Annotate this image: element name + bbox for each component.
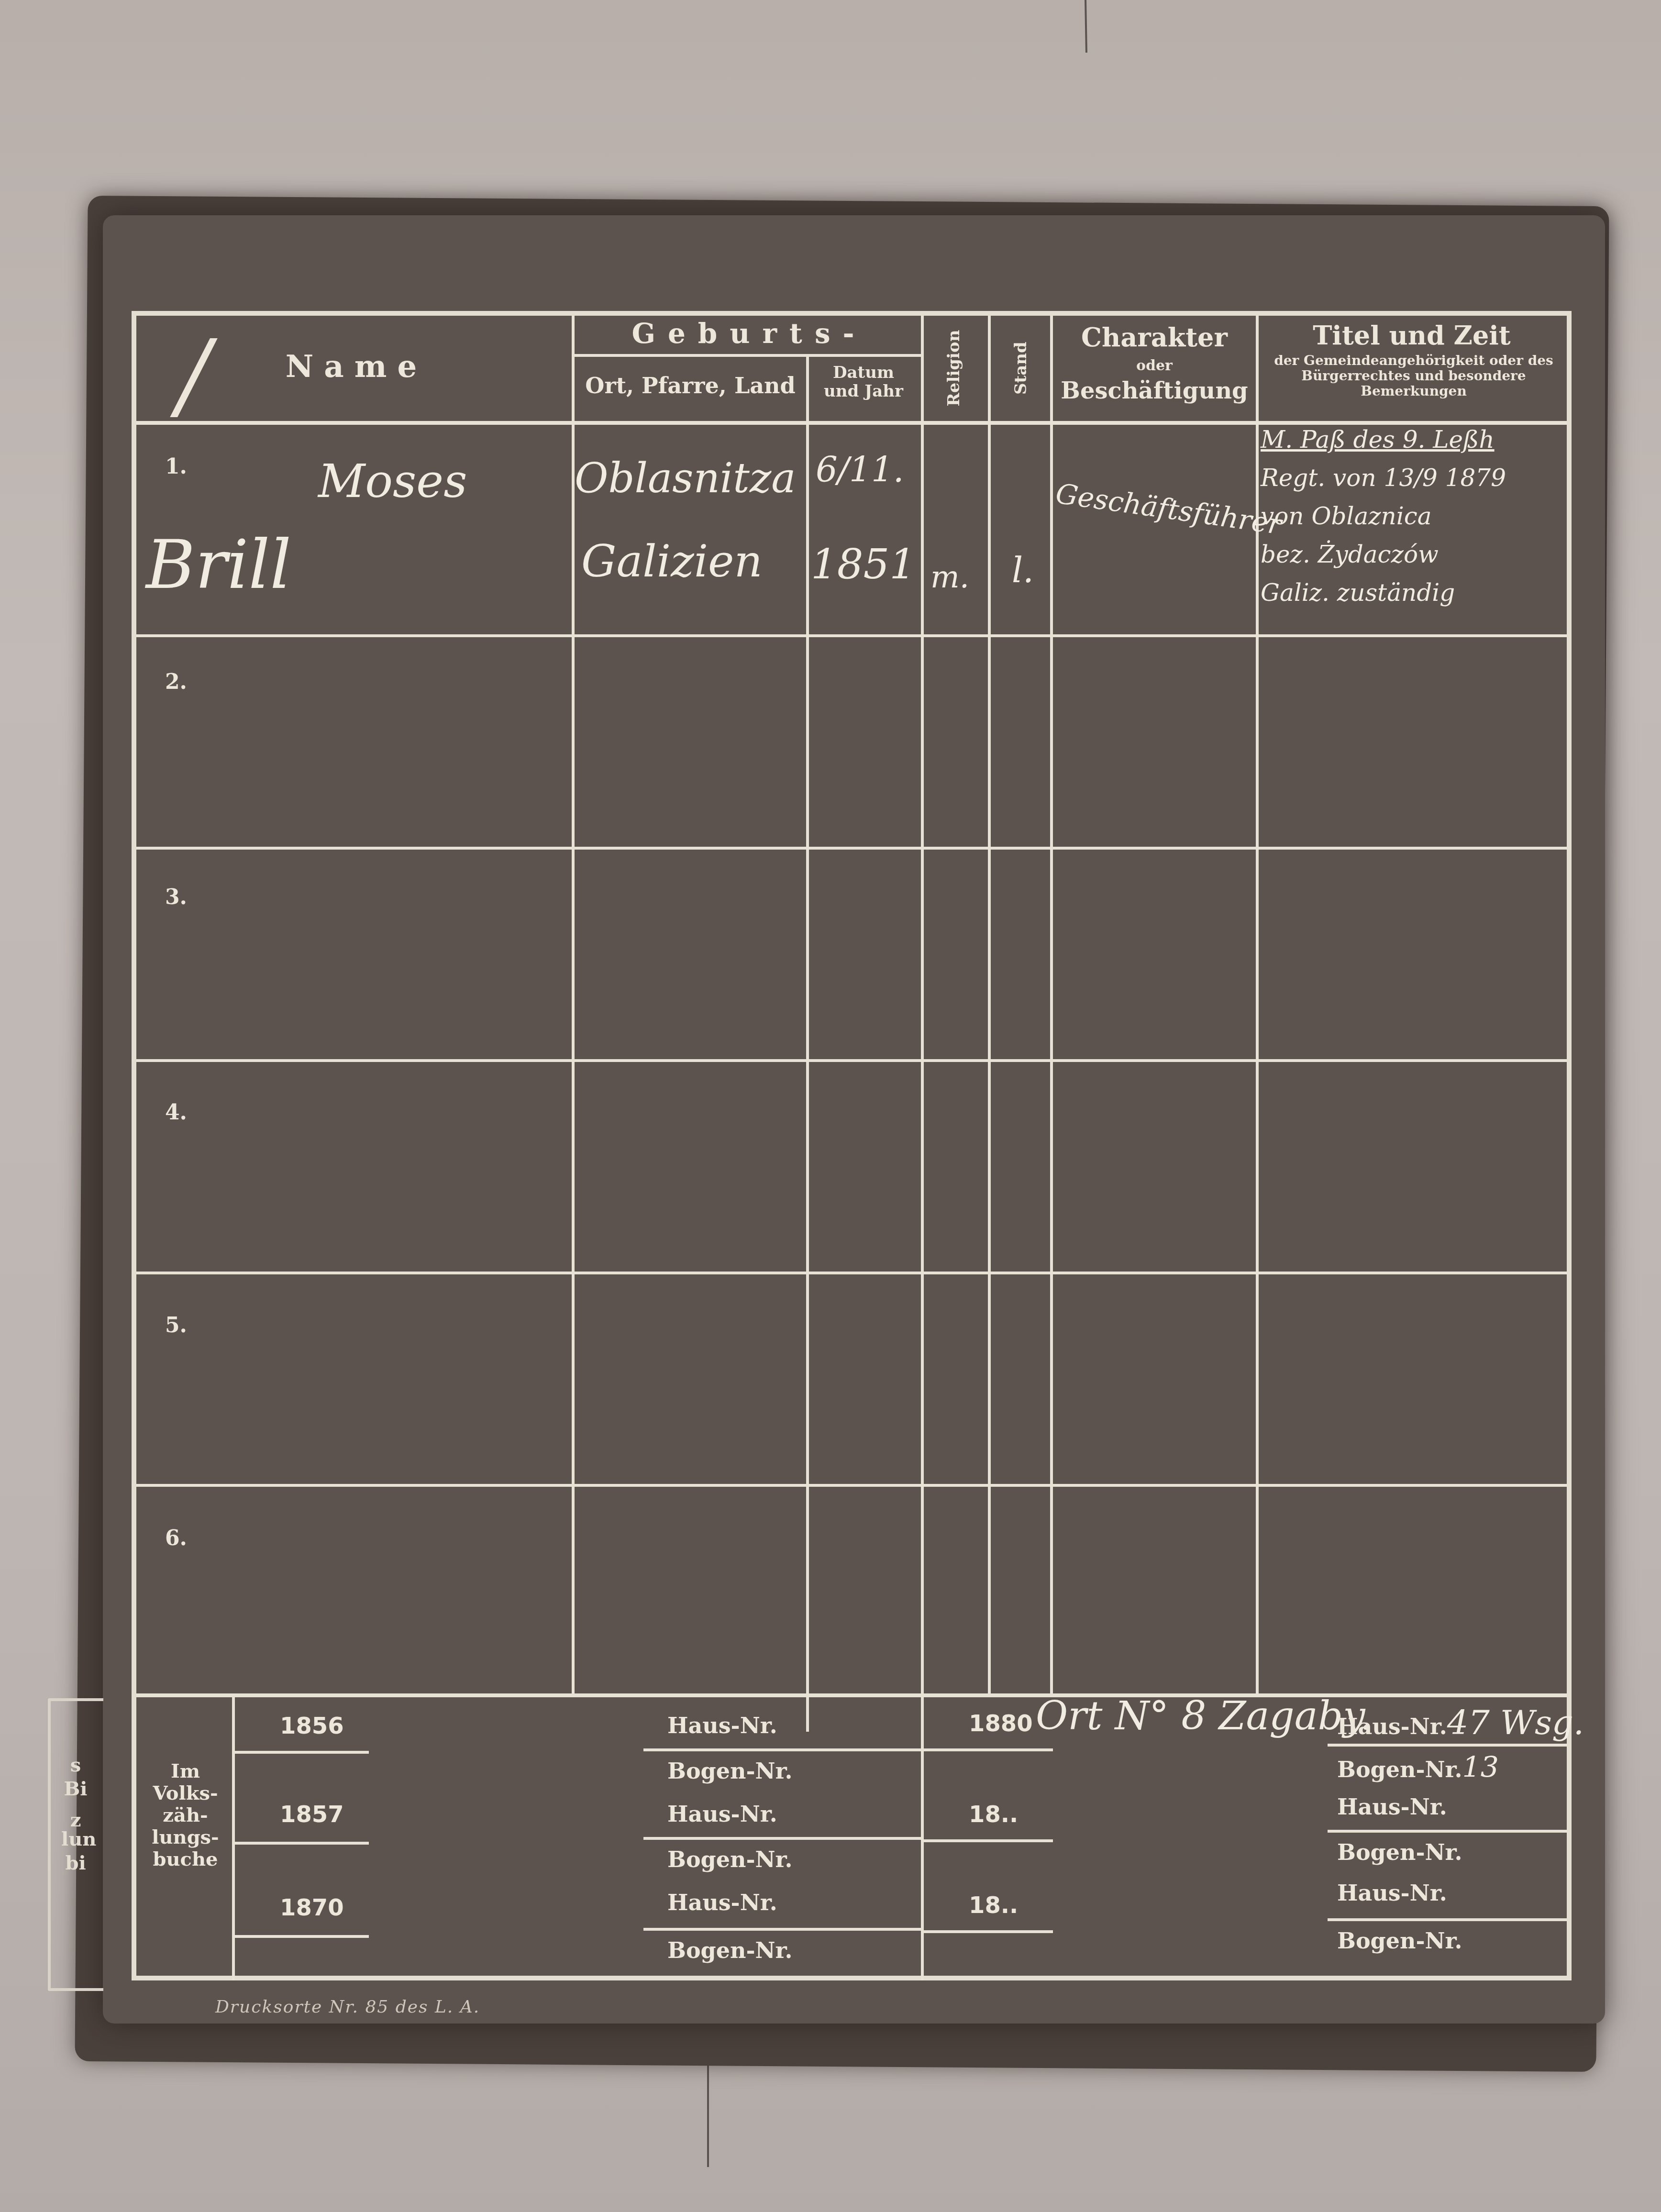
header-titel-sub: der Gemeindeangehörigkeit oder des Bürge…	[1265, 353, 1562, 399]
census-year-line	[235, 1935, 369, 1938]
census-middle-divider	[921, 1696, 924, 1980]
adjacent-page-fragment: s Bi z lun bi	[48, 1698, 103, 1991]
fragment-text: bi	[61, 1852, 90, 1874]
label-line	[643, 1928, 921, 1931]
census-year-1880: 1880	[969, 1710, 1033, 1737]
row-number: 5.	[165, 1313, 187, 1338]
geburts-underline	[572, 354, 924, 357]
header-beschaeftigung: Beschäftigung	[1053, 378, 1256, 404]
entry-occupation: Geschäftsführer	[1054, 477, 1284, 541]
census-year-18xx: 18..	[969, 1801, 1018, 1828]
census-year-line	[924, 1839, 1053, 1842]
label-haus-nr: Haus-Nr.	[667, 1713, 777, 1738]
label-bogen-nr: Bogen-Nr.	[667, 1758, 793, 1784]
printer-note: Drucksorte Nr. 85 des L. A.	[215, 1997, 480, 2017]
census-year-1856: 1856	[280, 1713, 344, 1739]
entry-census-1880-location: Ort N° 8 Zagaby.	[1036, 1693, 1373, 1739]
row-line	[136, 1484, 1567, 1487]
fragment-text: s	[61, 1754, 90, 1776]
header-ort: Ort, Pfarre, Land	[575, 373, 806, 398]
census-year-18xx: 18..	[969, 1892, 1018, 1919]
col-divider-religion	[988, 316, 991, 1693]
label-line	[1328, 1830, 1567, 1833]
fragment-text: lun	[61, 1828, 90, 1850]
header-oder: oder	[1053, 358, 1256, 375]
label-bogen-nr: Bogen-Nr.	[667, 1847, 793, 1872]
col-divider-stand	[1050, 316, 1053, 1693]
header-stand: Stand	[1012, 325, 1030, 411]
label-haus-nr: Haus-Nr.	[667, 1890, 777, 1915]
entry-remark-line: von Oblaznica	[1261, 502, 1432, 530]
row-line	[136, 1272, 1567, 1274]
entry-bogen-nr-value: 13	[1462, 1751, 1499, 1784]
entry-birth-date: 6/11.	[816, 450, 904, 490]
entry-stand: l.	[1012, 550, 1034, 590]
entry-birth-year: 1851	[811, 541, 916, 588]
header-charakter: Charakter	[1053, 322, 1256, 352]
census-label: Im Volks- zäh- lungs- buche	[141, 1760, 230, 1870]
census-year-1870: 1870	[280, 1894, 344, 1921]
label-bogen-nr: Bogen-Nr.	[1337, 1839, 1462, 1865]
label-haus-nr: Haus-Nr.47 Wsg.	[1337, 1703, 1584, 1742]
col-divider-datum	[921, 316, 924, 1693]
label-line	[1328, 1744, 1567, 1747]
row-number: 3.	[165, 885, 187, 909]
entry-birth-country: Galizien	[581, 536, 763, 587]
census-year-1857: 1857	[280, 1801, 344, 1828]
entry-given-name: Moses	[318, 454, 467, 508]
label-line	[643, 1837, 921, 1840]
fragment-text: Bi	[61, 1778, 90, 1800]
entry-surname: Brill	[146, 526, 291, 604]
entry-birth-place: Oblasnitza	[575, 454, 796, 502]
entry-religion: m.	[930, 560, 969, 595]
row-line	[136, 847, 1567, 850]
row-number: 6.	[165, 1526, 187, 1550]
entry-remark-line: M. Paß des 9. Leßh	[1261, 426, 1495, 453]
row-line	[136, 634, 1567, 637]
row-number: 4.	[165, 1100, 187, 1125]
row-number: 2.	[165, 670, 187, 694]
col-divider-name	[572, 316, 575, 1693]
census-year-line	[924, 1748, 1053, 1751]
label-line	[1328, 1918, 1567, 1921]
header-geburts: Geburts-	[575, 318, 924, 350]
census-year-line	[924, 1930, 1053, 1933]
header-religion: Religion	[945, 325, 963, 411]
header-bottom-line	[136, 421, 1567, 425]
label-bogen-nr: Bogen-Nr.13	[1337, 1751, 1499, 1784]
header-name: Name	[222, 349, 490, 385]
hanging-thread-top	[1085, 0, 1087, 53]
label-line	[643, 1748, 921, 1751]
entry-remark-line: Galiz. zuständig	[1261, 579, 1455, 607]
row-number: 1.	[165, 454, 187, 479]
entry-haus-nr-value: 47 Wsg.	[1447, 1703, 1584, 1742]
entry-remark-line: bez. Żydaczów	[1261, 541, 1439, 568]
header-datum: Datum und Jahr	[816, 364, 911, 401]
col-divider-ort	[806, 354, 809, 1732]
entry-remark-line: Regt. von 13/9 1879	[1261, 464, 1506, 492]
census-year-line	[235, 1751, 369, 1754]
census-year-line	[235, 1842, 369, 1845]
label-bogen-nr: Bogen-Nr.	[667, 1937, 793, 1963]
label-haus-nr: Haus-Nr.	[667, 1801, 777, 1827]
register-table: / Name Geburts- Ort, Pfarre, Land Datum …	[132, 311, 1572, 1980]
header-titel: Titel und Zeit	[1259, 321, 1565, 350]
label-haus-nr: Haus-Nr.	[1337, 1794, 1447, 1820]
row-line	[136, 1059, 1567, 1062]
label-bogen-nr: Bogen-Nr.	[1337, 1928, 1462, 1954]
label-haus-nr: Haus-Nr.	[1337, 1880, 1447, 1906]
